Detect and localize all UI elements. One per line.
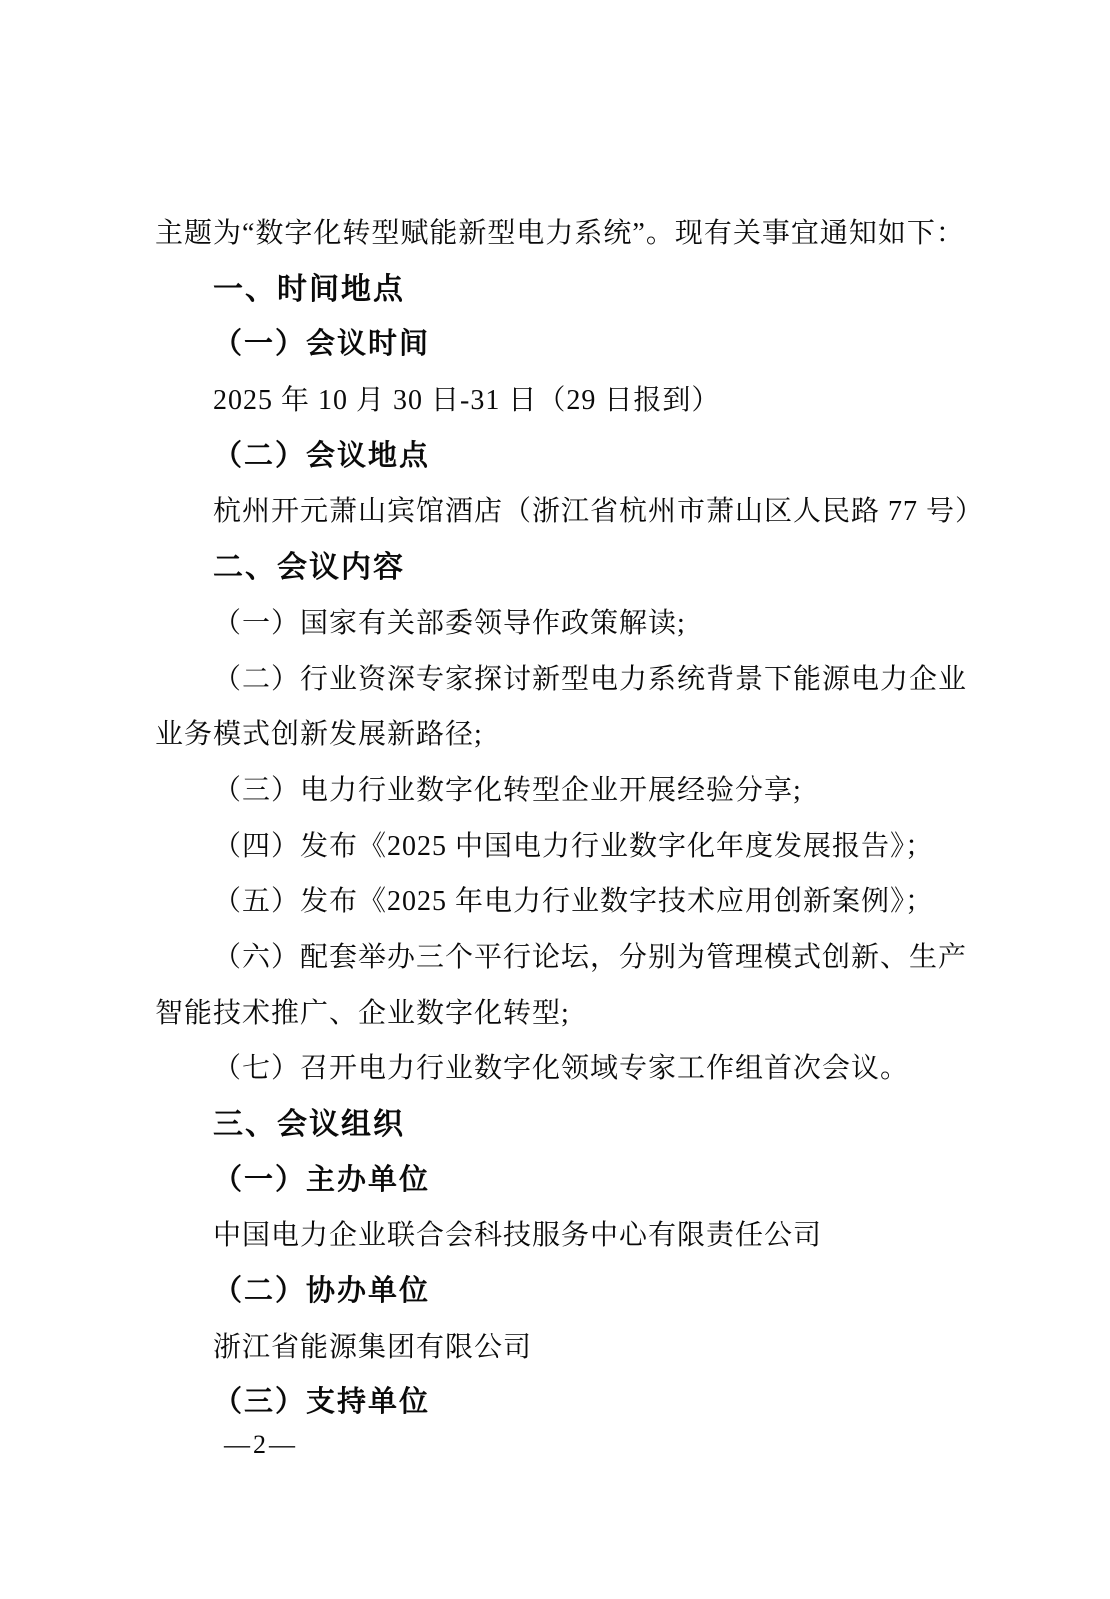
document-line: （四）发布《2025 中国电力行业数字化年度发展报告》； (155, 819, 967, 875)
document-line: （七）召开电力行业数字化领域专家工作组首次会议。 (155, 1041, 967, 1097)
document-body: 主题为“数字化转型赋能新型电力系统”。现有关事宜通知如下：一、时间地点（一）会议… (155, 206, 967, 1431)
document-line: 杭州开元萧山宾馆酒店（浙江省杭州市萧山区人民路 77 号） (155, 484, 967, 540)
heading-line: 三、会议组织 (155, 1097, 967, 1153)
document-line: （一）国家有关部委领导作政策解读; (155, 596, 967, 652)
document-line: （五）发布《2025 年电力行业数字技术应用创新案例》； (155, 874, 967, 930)
document-line: （三）电力行业数字化转型企业开展经验分享; (155, 763, 967, 819)
document-line: 2025 年 10 月 30 日-31 日（29 日报到） (155, 373, 967, 429)
document-line: （二）行业资深专家探讨新型电力系统背景下能源电力企业 (155, 652, 967, 708)
document-line: 业务模式创新发展新路径; (155, 707, 967, 763)
heading-line: 二、会议内容 (155, 540, 967, 596)
document-page: 主题为“数字化转型赋能新型电力系统”。现有关事宜通知如下：一、时间地点（一）会议… (0, 0, 1110, 1599)
document-line: 中国电力企业联合会科技服务中心有限责任公司 (155, 1208, 967, 1264)
subheading-line: （一）主办单位 (155, 1153, 967, 1209)
document-line: 智能技术推广、企业数字化转型; (155, 986, 967, 1042)
document-line: 主题为“数字化转型赋能新型电力系统”。现有关事宜通知如下： (155, 206, 967, 262)
page-number: —2— (224, 1428, 298, 1462)
subheading-line: （一）会议时间 (155, 317, 967, 373)
heading-line: 一、时间地点 (155, 262, 967, 318)
subheading-line: （三）支持单位 (155, 1375, 967, 1431)
subheading-line: （二）会议地点 (155, 429, 967, 485)
document-line: （六）配套举办三个平行论坛，分别为管理模式创新、生产 (155, 930, 967, 986)
subheading-line: （二）协办单位 (155, 1264, 967, 1320)
document-line: 浙江省能源集团有限公司 (155, 1320, 967, 1376)
